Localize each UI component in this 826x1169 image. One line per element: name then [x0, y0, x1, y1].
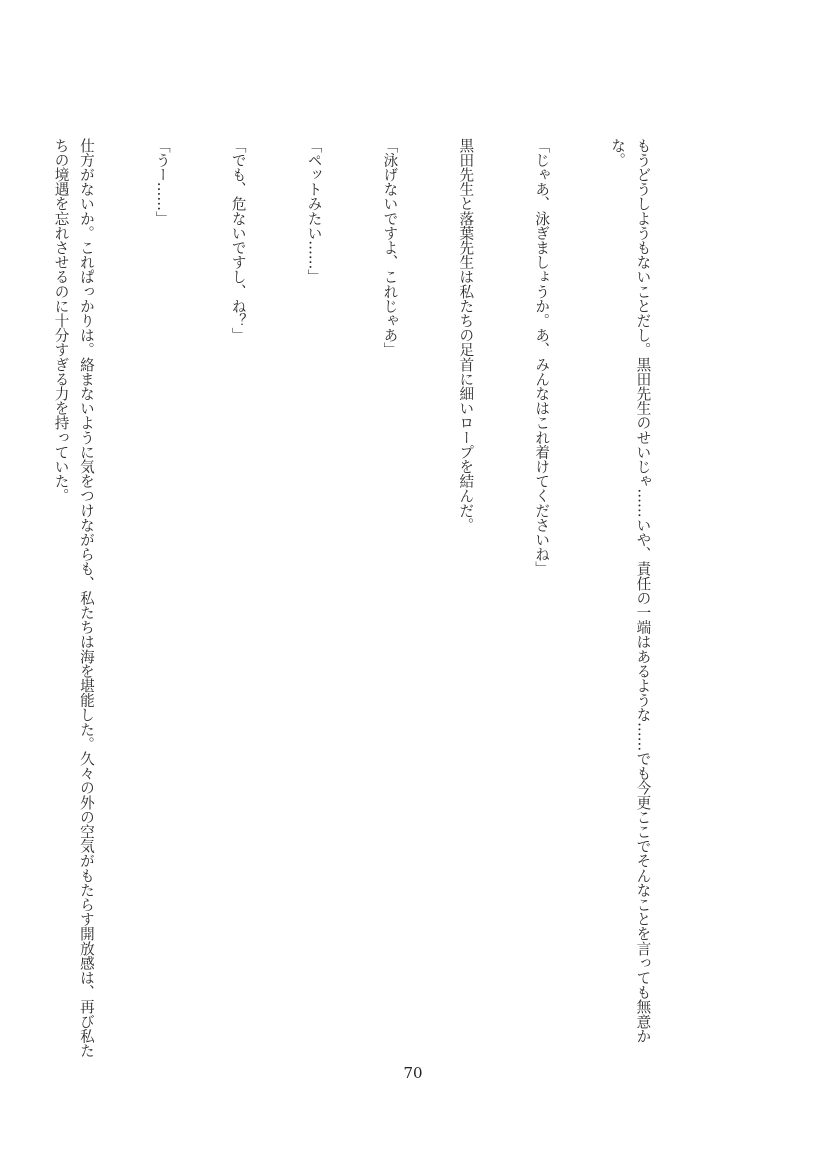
- dialogue-line: 「泳げないですよ、これじゃあ」: [377, 138, 402, 1058]
- vertical-text-body: もうどうしようもないことだし。黒田先生のせいじゃ……いや、責任の一端はあるような…: [0, 138, 706, 1058]
- paragraph: 黒田先生と落葉先生は私たちの足首に細いロープを結んだ。: [453, 138, 478, 1058]
- paragraph: もうどうしようもないことだし。黒田先生のせいじゃ……いや、責任の一端はあるような…: [605, 138, 656, 1058]
- dialogue-line: 「ペットみたい……」: [301, 138, 326, 1058]
- dialogue-line: 「うー……」: [149, 138, 174, 1058]
- page-number: 70: [0, 1064, 826, 1082]
- dialogue-line: 「でも、危ないですし、ね？」: [225, 138, 250, 1058]
- paragraph: 仕方がないか。これぱっかりは。絡まないように気をつけながらも、私たちは海を堪能し…: [48, 138, 99, 1058]
- document-page: もうどうしようもないことだし。黒田先生のせいじゃ……いや、責任の一端はあるような…: [0, 0, 826, 1169]
- dialogue-line: 「じゃあ、泳ぎましょうか。あ、みんなはこれ着けてくださいね」: [529, 138, 554, 1058]
